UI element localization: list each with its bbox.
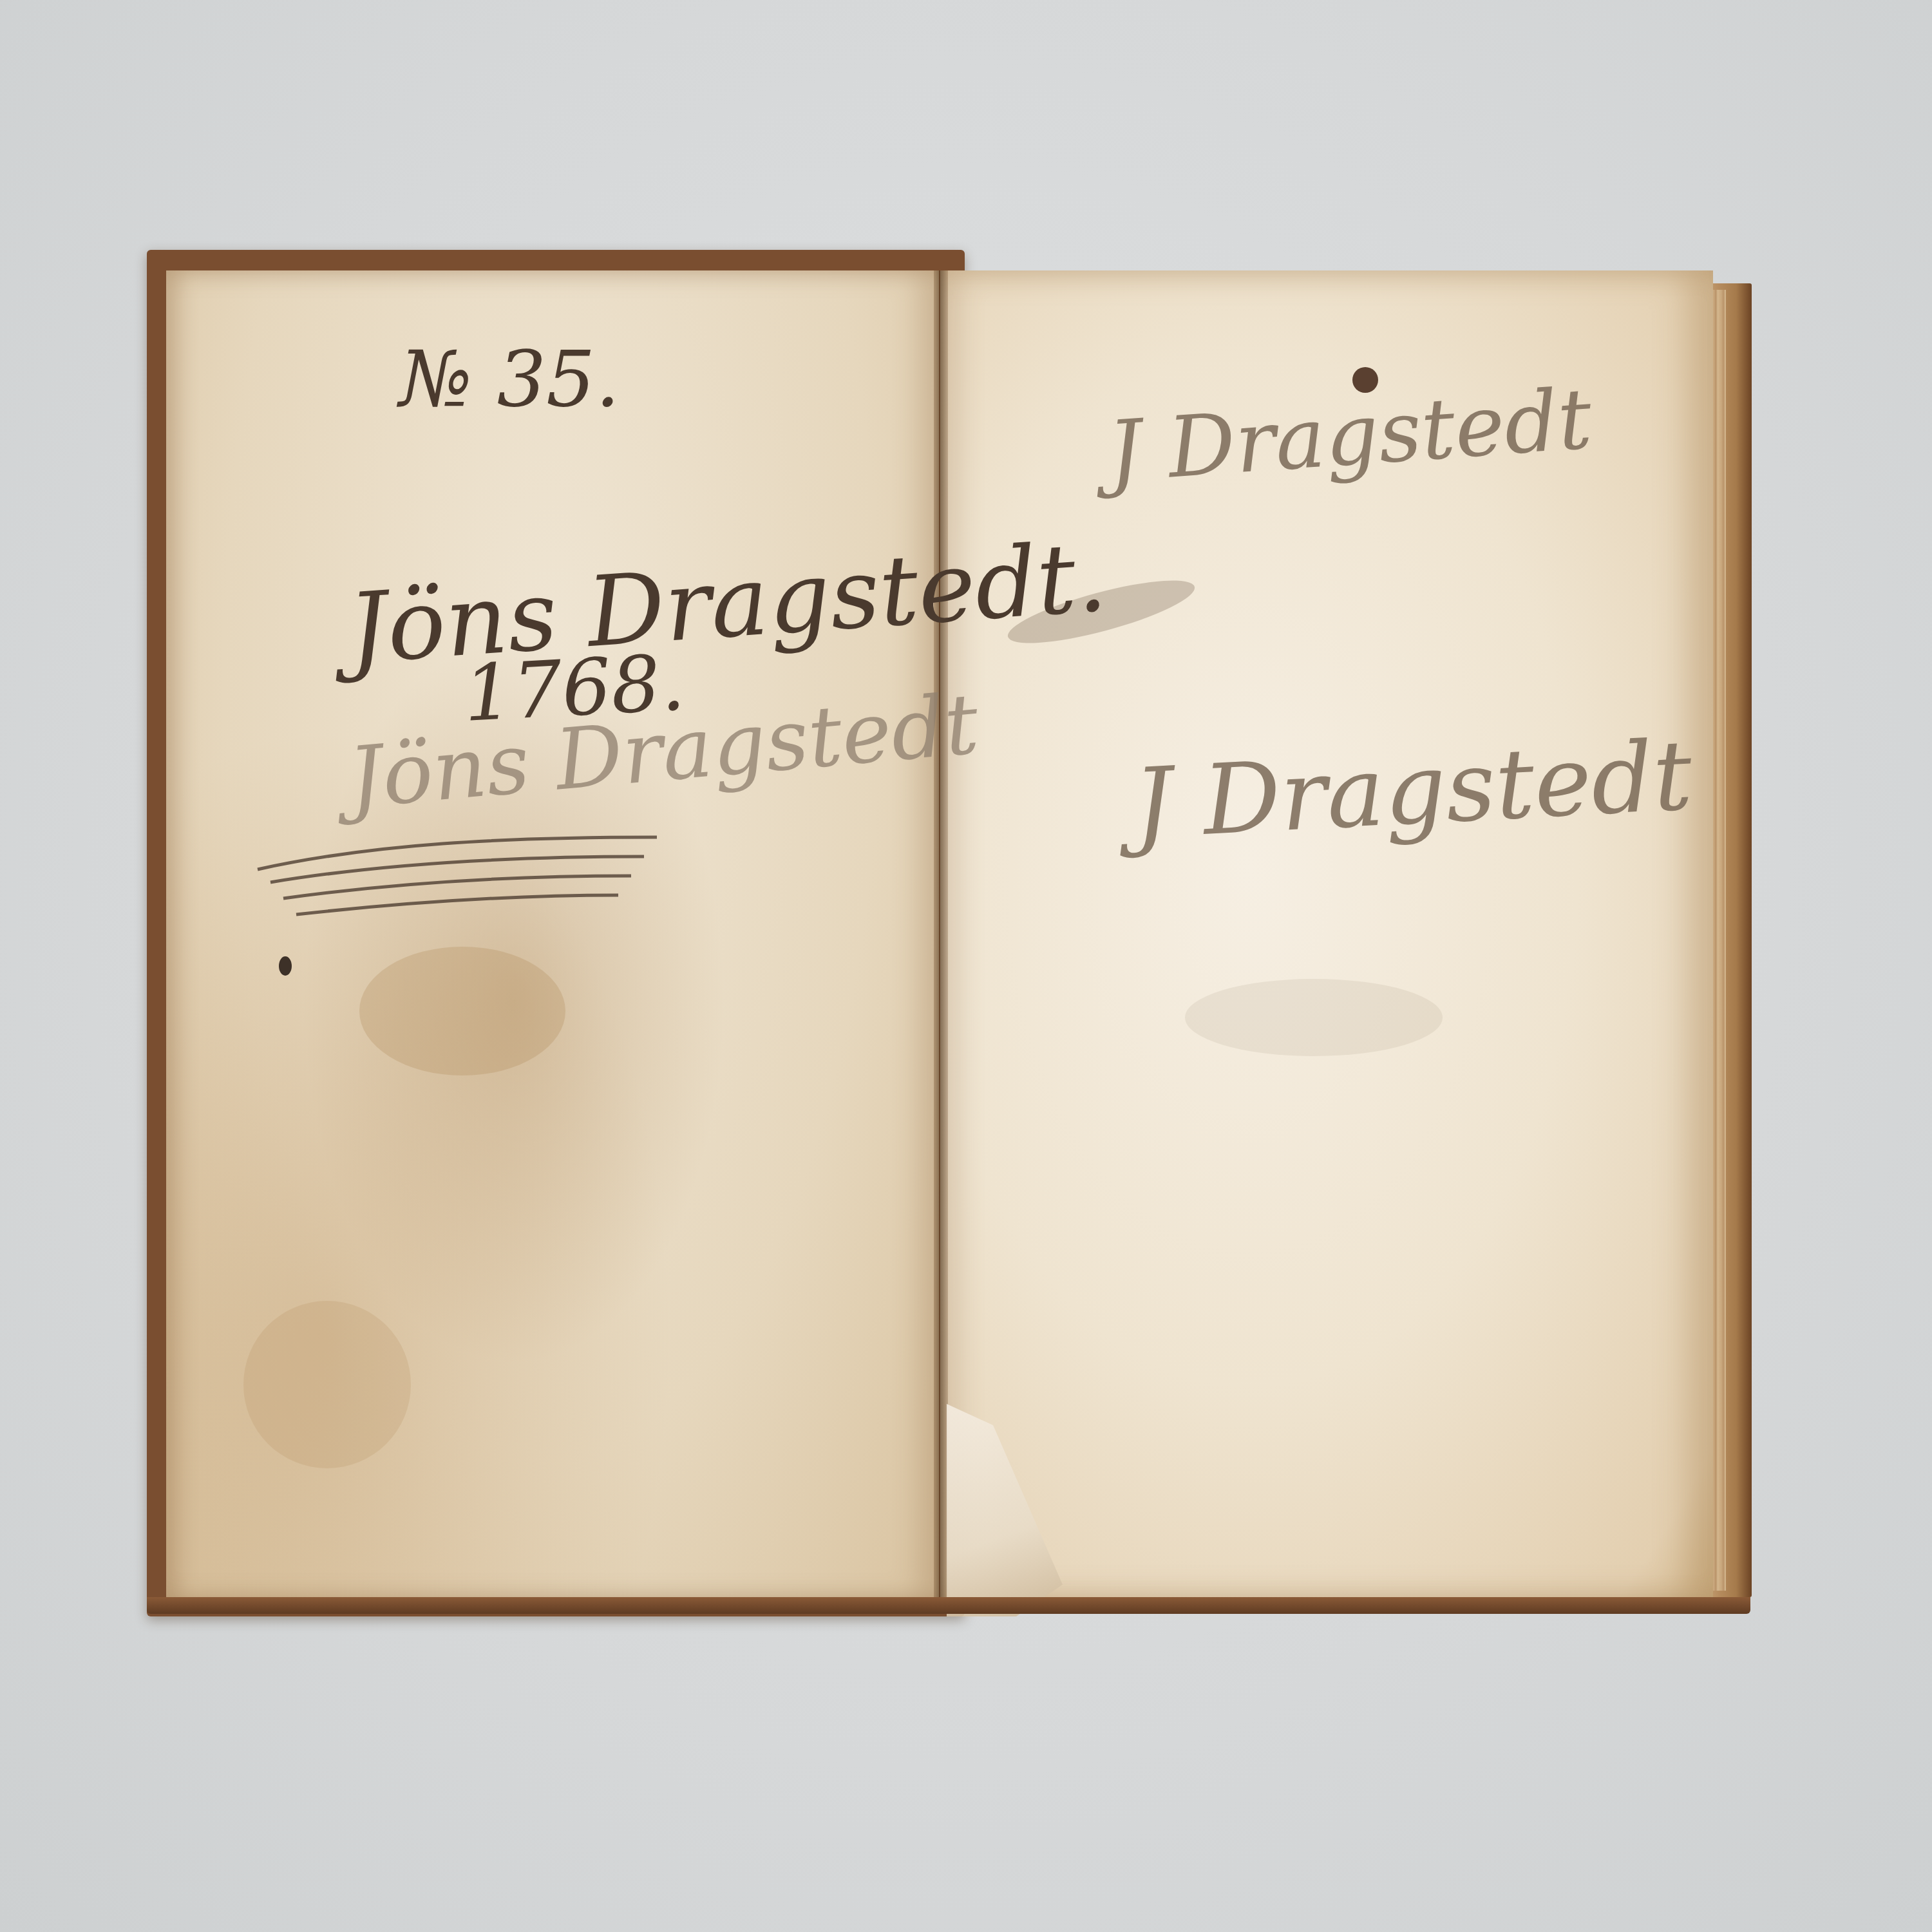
- book-gutter: [934, 270, 948, 1600]
- book-bottom-edge: [147, 1597, 1750, 1614]
- ink-blot: [279, 956, 292, 976]
- open-book: № 35. Jöns Dragstedt. 1768. Jöns Dragste…: [0, 0, 1932, 1932]
- crossed-out-scribble: [245, 811, 696, 940]
- foxing-stain: [243, 1301, 411, 1468]
- number-mark: № 35.: [399, 335, 620, 424]
- foxing-stain: [359, 947, 565, 1075]
- ghost-signature: [1185, 979, 1443, 1056]
